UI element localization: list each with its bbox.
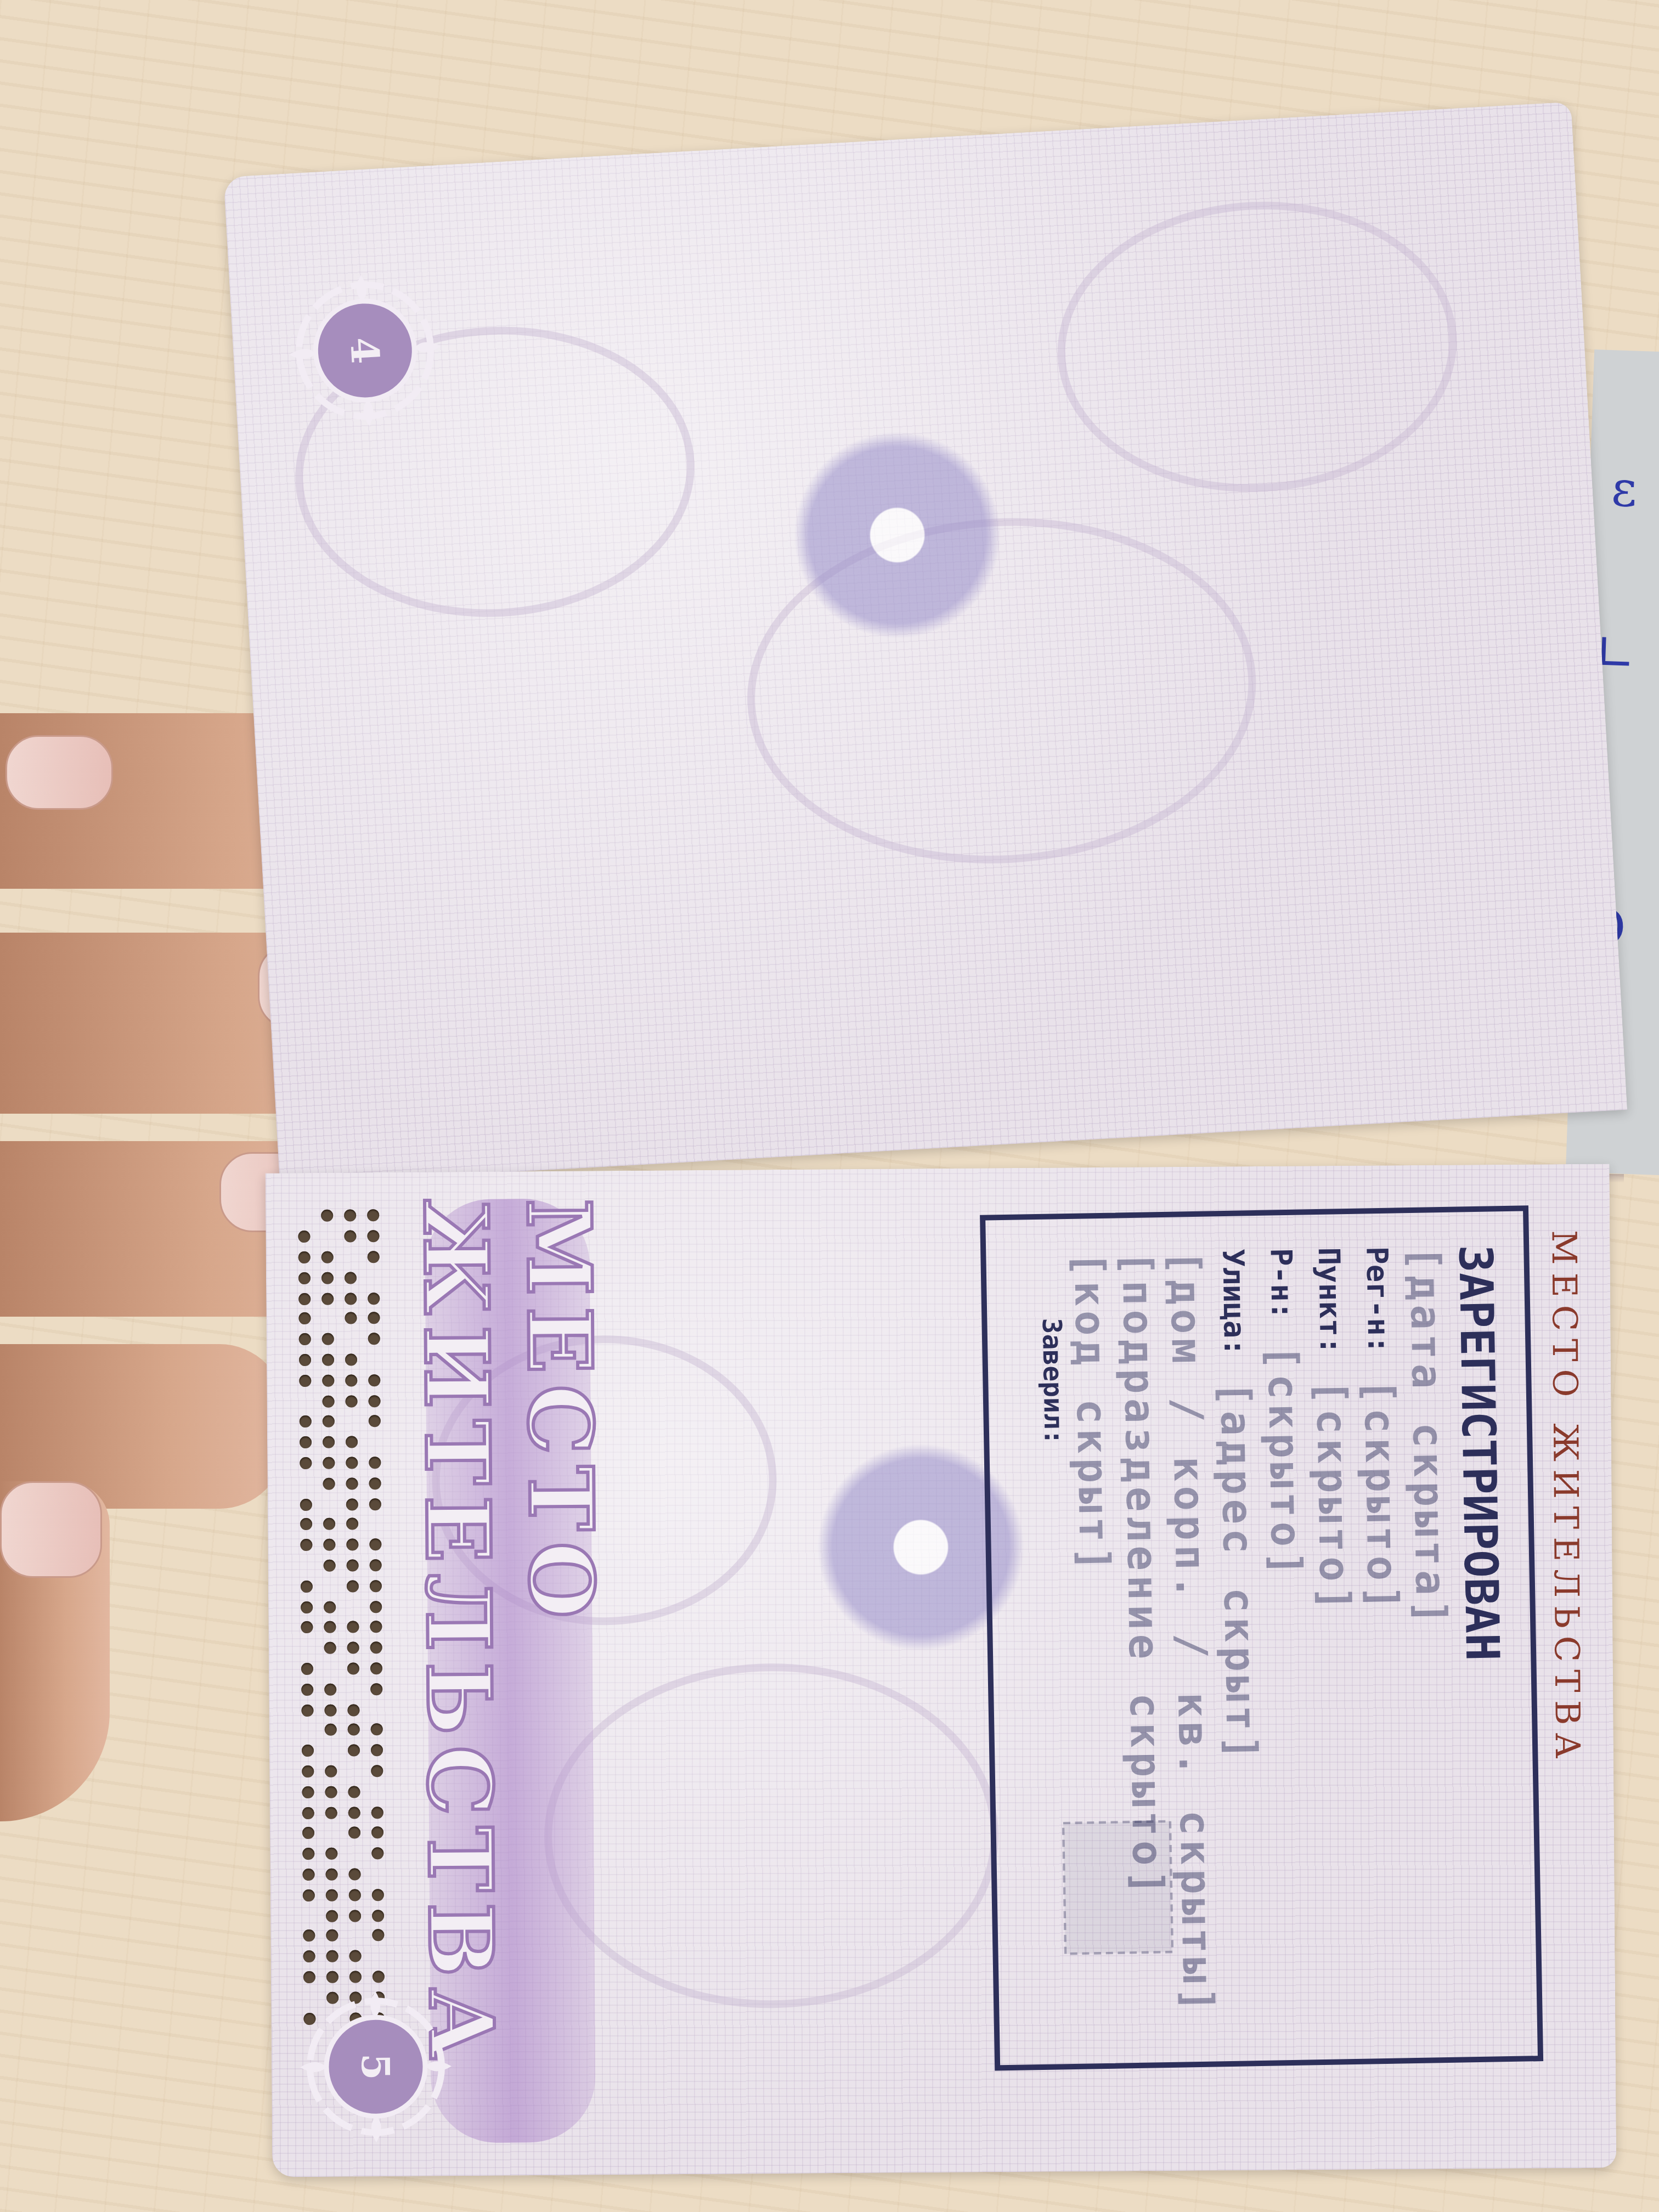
perforation-hole	[326, 1929, 338, 1942]
perforation-hole	[344, 1209, 356, 1221]
perforation-hole	[348, 1807, 360, 1819]
perforation-hole	[300, 1499, 312, 1511]
perforation-hole	[302, 1848, 314, 1860]
perforation-hole	[367, 1209, 379, 1221]
perforation-hole	[372, 1929, 384, 1941]
perforation-hole	[370, 1641, 382, 1654]
perforation-hole	[368, 1374, 380, 1386]
perforation-hole	[303, 1971, 315, 1983]
perforation-hole	[372, 1910, 384, 1922]
perforation-hole	[371, 1765, 383, 1777]
perforation-hole	[300, 1518, 312, 1530]
perforation-hole	[302, 1786, 314, 1798]
perforation-block	[302, 1723, 386, 1819]
stamp-field-label: Р-н:	[1263, 1248, 1299, 1320]
perforation-hole	[369, 1415, 381, 1427]
perforation-hole	[323, 1477, 335, 1489]
perforation-hole	[323, 1415, 335, 1427]
perforation-block	[300, 1517, 384, 1613]
perforation-hole	[324, 1560, 336, 1572]
perforation-hole	[326, 1910, 338, 1922]
page-bottom: МЕСТО ЖИТЕЛЬСТВА 5 МЕСТО ЖИТЕЛЬСТВА ЗАРЕ…	[266, 1164, 1617, 2177]
perforation-hole	[302, 1807, 314, 1819]
perforation-hole	[302, 1765, 314, 1778]
perforation-hole	[298, 1293, 311, 1305]
fingernail	[5, 735, 113, 810]
perforation-hole	[371, 1847, 383, 1859]
perforation-hole	[324, 1704, 336, 1716]
perforation-hole	[347, 1621, 359, 1633]
perforation-hole	[321, 1251, 334, 1263]
perforation-hole	[373, 1971, 385, 1983]
perforation-hole	[346, 1498, 358, 1510]
perforation-hole	[325, 1786, 337, 1798]
perforation-hole	[372, 1889, 384, 1901]
perforation-hole	[346, 1457, 358, 1469]
perforation-hole	[347, 1641, 359, 1654]
perforation-hole	[371, 1807, 383, 1819]
registration-stamp: ЗАРЕГИСТРИРОВАН [дата скрыта] Рег-н: [ск…	[980, 1205, 1543, 2070]
perforation-hole	[369, 1477, 381, 1489]
perforation-hole	[298, 1272, 311, 1284]
signature-redacted-icon	[1056, 1815, 1180, 1960]
perforation-hole	[345, 1293, 357, 1305]
signature-placeholder	[1056, 1815, 1180, 1960]
perforation-block	[298, 1209, 382, 1305]
perforation-hole	[325, 1847, 337, 1859]
perforation-block	[302, 1826, 386, 1922]
perforation-hole	[324, 1683, 336, 1695]
perforation-hole	[301, 1705, 313, 1717]
stamp-field-label: Улица:	[1216, 1249, 1252, 1356]
perforation-hole	[300, 1457, 312, 1469]
perforation-hole	[300, 1415, 312, 1427]
perforation-block	[300, 1415, 383, 1511]
perforation-hole	[369, 1538, 381, 1550]
perforation-hole	[349, 1971, 362, 1983]
perforation-hole	[368, 1293, 380, 1305]
perforation-hole	[368, 1333, 380, 1345]
perforation-hole	[326, 1950, 338, 1962]
guilloche-pattern	[1049, 191, 1464, 503]
perforation-hole	[325, 1724, 337, 1736]
perforation-hole	[345, 1375, 357, 1387]
stamp-field-value: [адрес скрыт]	[1211, 1381, 1266, 1765]
perforation-hole	[370, 1662, 382, 1674]
perforation-hole	[298, 1251, 311, 1263]
page-number: 4	[278, 264, 452, 437]
perforation-hole	[324, 1621, 336, 1633]
perforation-hole	[349, 1889, 361, 1901]
perforation-hole	[299, 1333, 311, 1345]
perforated-serial	[287, 1205, 397, 2029]
perforation-hole	[368, 1312, 380, 1324]
perforation-hole	[346, 1436, 358, 1448]
perforation-hole	[298, 1231, 310, 1243]
page-number: 5	[293, 1984, 459, 2149]
passport: 4 МЕСТО ЖИТЕЛЬСТВА 5 МЕСТО ЖИТЕЛЬСТВА ЗА…	[269, 165, 1624, 2172]
perforation-hole	[345, 1272, 357, 1284]
perforation-hole	[371, 1723, 383, 1735]
perforation-hole	[299, 1354, 311, 1366]
perforation-hole	[301, 1581, 313, 1593]
perforation-hole	[324, 1601, 336, 1613]
perforation-hole	[371, 1744, 383, 1756]
perforation-block	[301, 1621, 385, 1717]
perforation-hole	[300, 1539, 312, 1551]
perforation-hole	[324, 1641, 336, 1654]
page-number-rosette: 5	[293, 1984, 459, 2149]
perforation-hole	[299, 1375, 311, 1387]
perforation-hole	[369, 1457, 381, 1469]
stamp-field-label: Пункт:	[1312, 1247, 1348, 1355]
perforation-hole	[321, 1272, 334, 1284]
perforation-hole	[303, 1889, 315, 1901]
perforation-hole	[349, 1950, 362, 1962]
perforation-hole	[344, 1230, 356, 1242]
stamp-field-value: [скрыто]	[1355, 1378, 1407, 1615]
perforation-hole	[301, 1621, 313, 1633]
perforation-hole	[322, 1375, 334, 1387]
perforation-hole	[301, 1684, 313, 1696]
perforation-hole	[347, 1662, 359, 1674]
perforation-hole	[370, 1601, 382, 1613]
perforation-hole	[322, 1333, 334, 1345]
perforation-hole	[348, 1868, 360, 1880]
perforation-hole	[303, 1929, 315, 1942]
section-header: МЕСТО ЖИТЕЛЬСТВА	[1544, 1230, 1588, 1767]
perforation-hole	[369, 1498, 381, 1510]
perforation-hole	[325, 1807, 337, 1819]
perforation-hole	[345, 1312, 357, 1324]
perforation-hole	[347, 1560, 359, 1572]
perforation-hole	[301, 1601, 313, 1613]
perforation-hole	[348, 1826, 360, 1838]
perforation-hole	[349, 1910, 361, 1922]
perforation-hole	[322, 1396, 334, 1408]
perforation-block	[298, 1312, 382, 1408]
perforation-hole	[368, 1251, 380, 1263]
perforation-hole	[371, 1826, 383, 1838]
perforation-hole	[321, 1209, 333, 1221]
perforation-hole	[323, 1457, 335, 1469]
perforation-hole	[370, 1621, 382, 1633]
perforation-hole	[345, 1354, 357, 1366]
page-top: 4	[223, 102, 1627, 1185]
perforation-hole	[367, 1230, 379, 1242]
perforation-hole	[348, 1724, 360, 1736]
perforation-hole	[348, 1786, 360, 1798]
perforation-hole	[302, 1869, 314, 1881]
stamp-field-value: [скрыто]	[1307, 1379, 1359, 1616]
perforation-hole	[303, 1950, 315, 1962]
perforation-hole	[345, 1396, 357, 1408]
perforation-hole	[370, 1559, 382, 1571]
perforation-hole	[370, 1580, 382, 1592]
perforation-hole	[302, 1827, 314, 1839]
perforation-hole	[325, 1868, 337, 1880]
page-number-rosette: 4	[278, 264, 452, 437]
perforation-hole	[322, 1354, 334, 1366]
stamp-field-label: Рег-н:	[1359, 1246, 1396, 1354]
perforation-hole	[323, 1436, 335, 1448]
fingernail	[0, 1481, 102, 1578]
perforation-hole	[370, 1683, 382, 1695]
perforation-hole	[326, 1971, 338, 1983]
perforation-hole	[347, 1581, 359, 1593]
perforation-hole	[302, 1745, 314, 1757]
perforation-hole	[301, 1663, 313, 1675]
perforation-hole	[321, 1293, 334, 1305]
perforation-hole	[346, 1518, 358, 1530]
perforation-hole	[325, 1765, 337, 1778]
perforation-hole	[326, 1889, 338, 1901]
perforation-hole	[348, 1745, 360, 1757]
perforation-hole	[347, 1704, 359, 1716]
perforation-hole	[300, 1436, 312, 1448]
perforation-hole	[298, 1312, 311, 1324]
perforation-hole	[346, 1539, 358, 1551]
perforation-hole	[346, 1477, 358, 1489]
perforation-hole	[323, 1518, 335, 1530]
stamp-field-value: [скрыто]	[1259, 1344, 1311, 1581]
perforation-hole	[368, 1395, 380, 1407]
perforation-hole	[323, 1539, 335, 1551]
